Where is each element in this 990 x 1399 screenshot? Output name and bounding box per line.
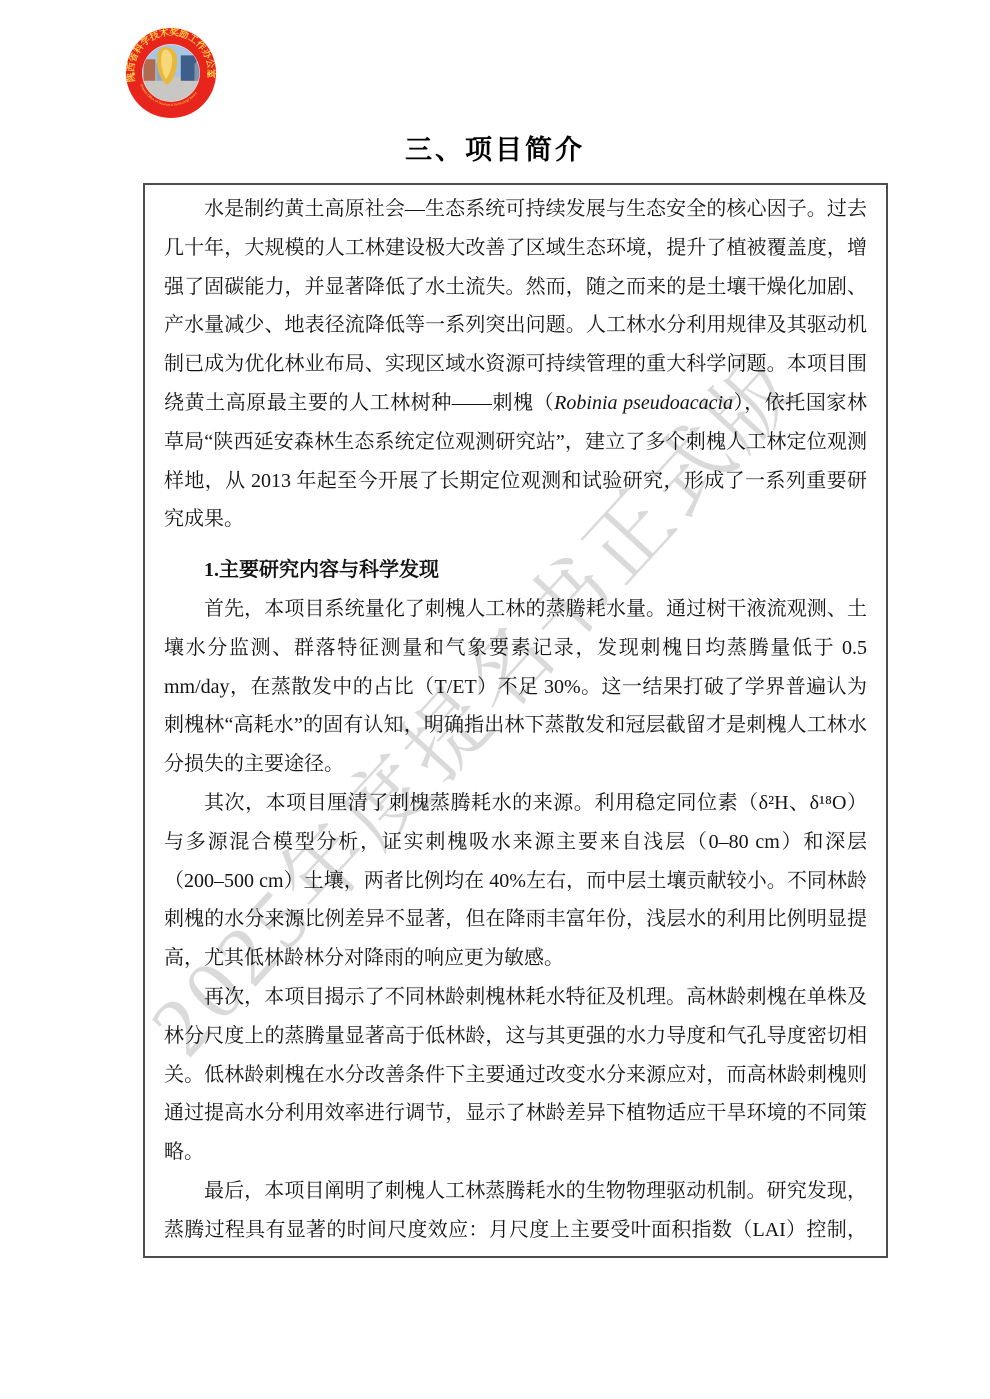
award-office-seal: 陕西省科学技术奖励工作办公室 Shaanxi Office Of Science… <box>124 26 218 120</box>
finding-paragraph-transpiration: 首先，本项目系统量化了刺槐人工林的蒸腾耗水量。通过树干液流观测、土壤水分监测、群… <box>164 590 867 784</box>
species-latin-name: Robinia pseudoacacia <box>554 392 733 414</box>
document-page: 陕西省科学技术奖励工作办公室 Shaanxi Office Of Science… <box>0 0 990 1399</box>
intro-text-pre: 水是制约黄土高原社会—生态系统可持续发展与生态安全的核心因子。过去几十年，大规模… <box>164 198 867 414</box>
page-title: 三、项目简介 <box>0 128 990 167</box>
intro-paragraph: 水是制约黄土高原社会—生态系统可持续发展与生态安全的核心因子。过去几十年，大规模… <box>164 190 867 539</box>
finding-paragraph-stand-age: 再次，本项目揭示了不同林龄刺槐林耗水特征及机理。高林龄刺槐在单株及林分尺度上的蒸… <box>164 978 867 1172</box>
section-heading-research-findings: 1.主要研究内容与科学发现 <box>164 551 867 590</box>
finding-paragraph-biophysical-drivers: 最后，本项目阐明了刺槐人工林蒸腾耗水的生物物理驱动机制。研究发现，蒸腾过程具有显… <box>164 1172 867 1258</box>
seal-right-star-icon <box>207 72 210 75</box>
content-box: 水是制约黄土高原社会—生态系统可持续发展与生态安全的核心因子。过去几十年，大规模… <box>143 183 888 1258</box>
seal-icon: 陕西省科学技术奖励工作办公室 Shaanxi Office Of Science… <box>124 26 218 120</box>
finding-paragraph-water-source: 其次，本项目厘清了刺槐蒸腾耗水的来源。利用稳定同位素（δ²H、δ¹⁸O）与多源混… <box>164 784 867 978</box>
seal-left-star-icon <box>132 72 135 75</box>
